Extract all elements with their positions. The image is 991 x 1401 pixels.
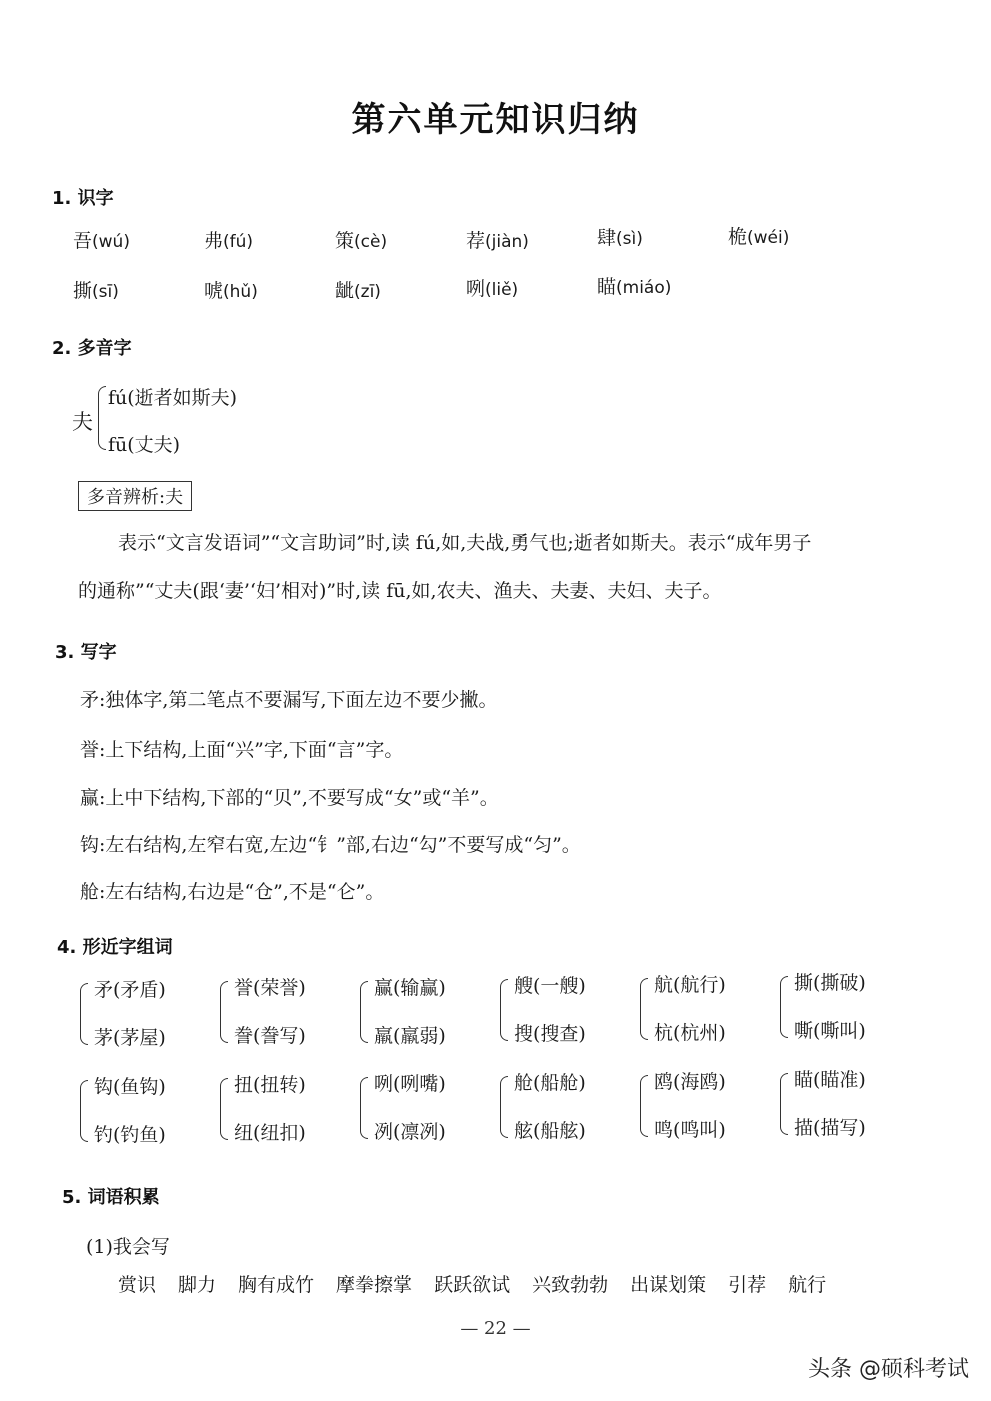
watermark: 头条 @硕科考试 (808, 1352, 969, 1383)
brace-icon (220, 981, 228, 1043)
word: 羸(羸弱) (374, 1021, 446, 1048)
character-item: 吾(wú) (73, 226, 204, 276)
similar-char-row: 矛(矛盾)茅(茅屋) 誉(荣誉)誊(誊写) 赢(输赢)羸(羸弱) 艘(一艘)搜(… (80, 975, 920, 1072)
character-item: 瞄(miáo) (597, 272, 728, 326)
word: 舱(船舱) (514, 1068, 586, 1095)
pinyin: (cè) (354, 232, 387, 252)
vocabulary-word: 摩拳擦掌 (336, 1270, 412, 1297)
section-heading-writing: 3. 写字 (55, 638, 117, 664)
writing-note: 誉:上下结构,上面“兴”字,下面“言”字。 (80, 735, 403, 762)
page-title: 第六单元知识归纳 (0, 92, 991, 141)
pinyin: (fú) (223, 232, 253, 252)
vocabulary-word: 胸有成竹 (238, 1270, 314, 1297)
brace-icon (780, 976, 788, 1038)
section-heading-literacy: 1. 识字 (52, 184, 114, 210)
polyphone-explanation-line: 的通称”“丈夫(跟‘妻’‘妇’相对)”时,读 fū,如,农夫、渔夫、夫妻、夫妇、… (78, 566, 928, 616)
pinyin: (jiàn) (485, 232, 529, 252)
brace-icon (500, 1076, 508, 1138)
character: 弗 (204, 230, 223, 252)
word: 茅(茅屋) (94, 1023, 166, 1050)
character-row: 吾(wú) 弗(fú) 策(cè) 荐(jiàn) 肆(sì) 桅(wéi) (73, 226, 873, 276)
word: 誊(誊写) (234, 1021, 306, 1048)
character-item: 撕(sī) (73, 276, 204, 326)
word: 瞄(瞄准) (794, 1065, 866, 1092)
word: 搜(搜查) (514, 1019, 586, 1046)
pinyin: (zī) (354, 282, 381, 302)
vocabulary-word: 脚力 (178, 1270, 216, 1297)
word: 誉(荣誉) (234, 973, 306, 1000)
character: 咧 (466, 278, 485, 300)
writing-note: 矛:独体字,第二笔点不要漏写,下面左边不要少撇。 (80, 685, 497, 712)
character-item: 荐(jiàn) (466, 226, 597, 276)
character: 策 (335, 230, 354, 252)
word: 描(描写) (794, 1113, 866, 1140)
character: 瞄 (597, 276, 616, 298)
brace-icon (220, 1078, 228, 1140)
character: 龇 (335, 280, 354, 302)
character: 撕 (73, 280, 92, 302)
vocabulary-word: 赏识 (118, 1270, 156, 1297)
similar-char-pair: 瞄(瞄准)描(描写) (780, 1065, 920, 1145)
vocabulary-word: 跃跃欲试 (434, 1270, 510, 1297)
writing-note: 舱:左右结构,右边是“仓”,不是“仑”。 (80, 877, 384, 904)
character-item: 龇(zī) (335, 276, 466, 326)
brace-icon (640, 978, 648, 1040)
character-item: 唬(hǔ) (204, 276, 335, 326)
word: 鸣(鸣叫) (654, 1115, 726, 1142)
similar-char-pair: 咧(咧嘴)冽(凛冽) (360, 1069, 500, 1149)
brace-icon (360, 1077, 368, 1139)
similar-char-pair: 誉(荣誉)誊(誊写) (220, 973, 360, 1053)
word: 杭(杭州) (654, 1018, 726, 1045)
word: 嘶(嘶叫) (794, 1016, 866, 1043)
character-grid: 吾(wú) 弗(fú) 策(cè) 荐(jiàn) 肆(sì) 桅(wéi) 撕… (73, 226, 873, 326)
character-item: 弗(fú) (204, 226, 335, 276)
pinyin: (sì) (616, 229, 643, 249)
word: 赢(输赢) (374, 973, 446, 1000)
vocabulary-list: 赏识 脚力 胸有成竹 摩拳擦掌 跃跃欲试 兴致勃勃 出谋划策 引荐 航行 (118, 1270, 848, 1297)
vocabulary-word: 出谋划策 (630, 1270, 706, 1297)
document-page: 第六单元知识归纳 1. 识字 吾(wú) 弗(fú) 策(cè) 荐(jiàn)… (0, 0, 991, 1401)
brace-icon (98, 386, 106, 450)
word: 钓(钓鱼) (94, 1120, 166, 1147)
character: 肆 (597, 227, 616, 249)
word: 艘(一艘) (514, 971, 586, 998)
pinyin: (liě) (485, 280, 518, 300)
vocabulary-subheading: (1)我会写 (86, 1232, 170, 1259)
similar-char-groups: 矛(矛盾)茅(茅屋) 誉(荣誉)誊(誊写) 赢(输赢)羸(羸弱) 艘(一艘)搜(… (80, 975, 920, 1169)
word: 舷(船舷) (514, 1116, 586, 1143)
word: 撕(撕破) (794, 968, 866, 995)
section-heading-vocabulary: 5. 词语积累 (62, 1183, 160, 1209)
similar-char-pair: 扭(扭转)纽(纽扣) (220, 1070, 360, 1150)
character: 荐 (466, 230, 485, 252)
vocabulary-word: 兴致勃勃 (532, 1270, 608, 1297)
brace-icon (360, 981, 368, 1043)
polyphone-explanation-line: 表示“文言发语词”“文言助词”时,读 fú,如,夫战,勇气也;逝者如斯夫。表示“… (78, 518, 928, 568)
word: 咧(咧嘴) (374, 1069, 446, 1096)
writing-note: 赢:上中下结构,下部的“贝”,不要写成“女”或“羊”。 (80, 783, 499, 810)
section-heading-similar-chars: 4. 形近字组词 (57, 933, 173, 959)
brace-icon (80, 1080, 88, 1142)
brace-icon (780, 1073, 788, 1135)
character-row: 撕(sī) 唬(hǔ) 龇(zī) 咧(liě) 瞄(miáo) (73, 276, 873, 326)
similar-char-pair: 钩(鱼钩)钓(钓鱼) (80, 1072, 220, 1152)
similar-char-pair: 舱(船舱)舷(船舷) (500, 1068, 640, 1148)
vocabulary-word: 航行 (788, 1270, 826, 1297)
word: 冽(凛冽) (374, 1117, 446, 1144)
character: 吾 (73, 230, 92, 252)
similar-char-row: 钩(鱼钩)钓(钓鱼) 扭(扭转)纽(纽扣) 咧(咧嘴)冽(凛冽) 舱(船舱)舷(… (80, 1072, 920, 1169)
writing-note: 钩:左右结构,左窄右宽,左边“钅”部,右边“勾”不要写成“匀”。 (80, 830, 581, 857)
pinyin: (miáo) (616, 278, 671, 298)
pinyin: (sī) (92, 282, 119, 302)
pinyin: (hǔ) (223, 282, 258, 302)
brace-icon (640, 1075, 648, 1137)
word: 航(航行) (654, 970, 726, 997)
word: 矛(矛盾) (94, 975, 166, 1002)
character: 唬 (204, 280, 223, 302)
character-item: 肆(sì) (597, 223, 728, 276)
similar-char-pair: 艘(一艘)搜(搜查) (500, 971, 640, 1051)
similar-char-pair: 矛(矛盾)茅(茅屋) (80, 975, 220, 1055)
similar-char-pair: 赢(输赢)羸(羸弱) (360, 973, 500, 1053)
word: 鸥(海鸥) (654, 1067, 726, 1094)
character-item: 桅(wéi) (728, 222, 859, 276)
pinyin: (wú) (92, 232, 130, 252)
similar-char-pair: 航(航行)杭(杭州) (640, 970, 780, 1050)
word: 钩(鱼钩) (94, 1072, 166, 1099)
polyphone-char: 夫 (72, 406, 93, 436)
polyphone-option: fú(逝者如斯夫) (108, 383, 237, 410)
similar-char-pair: 鸥(海鸥)鸣(鸣叫) (640, 1067, 780, 1147)
character: 桅 (728, 226, 747, 248)
character-item: 咧(liě) (466, 274, 597, 326)
character-item: 策(cè) (335, 226, 466, 276)
brace-icon (500, 979, 508, 1041)
vocabulary-word: 引荐 (728, 1270, 766, 1297)
polyphone-analysis-label: 多音辨析:夫 (78, 481, 192, 511)
pinyin: (wéi) (747, 228, 789, 248)
word: 纽(纽扣) (234, 1118, 306, 1145)
polyphone-option: fū(丈夫) (108, 430, 180, 457)
page-number: — 22 — (0, 1318, 991, 1339)
word: 扭(扭转) (234, 1070, 306, 1097)
similar-char-pair: 撕(撕破)嘶(嘶叫) (780, 968, 920, 1048)
brace-icon (80, 983, 88, 1045)
section-heading-polyphones: 2. 多音字 (52, 334, 132, 360)
